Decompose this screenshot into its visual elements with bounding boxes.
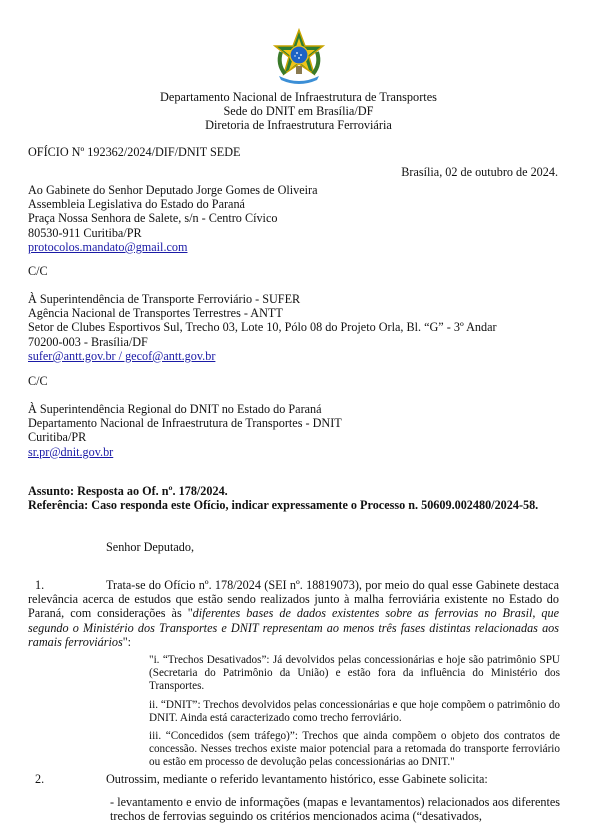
paragraph-2: Outrossim, mediante o referido levantame… (106, 772, 488, 786)
header-sede: Sede do DNIT em Brasília/DF (0, 104, 597, 118)
cc2-block: À Superintendência Regional do DNIT no E… (28, 402, 342, 459)
cc1-email-link[interactable]: sufer@antt.gov.br / gecof@antt.gov.br (28, 349, 215, 363)
brazil-coat-of-arms-icon (271, 28, 327, 86)
salutation: Senhor Deputado, (106, 540, 194, 554)
cc1-label: C/C (28, 264, 48, 278)
header-diretoria: Diretoria de Infraestrutura Ferroviária (0, 118, 597, 132)
cc2-line: À Superintendência Regional do DNIT no E… (28, 402, 342, 416)
cc1-line: 70200-003 - Brasília/DF (28, 335, 497, 349)
recipient-email-link[interactable]: protocolos.mandato@gmail.com (28, 240, 187, 254)
paragraph-1-text-end: ": (123, 635, 131, 649)
cc2-line: Curitiba/PR (28, 430, 342, 444)
recipient-line: Praça Nossa Senhora de Salete, s/n - Cen… (28, 211, 318, 225)
cc1-line: Agência Nacional de Transportes Terrestr… (28, 306, 497, 320)
cc1-line: Setor de Clubes Esportivos Sul, Trecho 0… (28, 320, 497, 334)
paragraph-1: Trata-se do Ofício nº. 178/2024 (SEI nº.… (28, 578, 559, 649)
recipient-line: Ao Gabinete do Senhor Deputado Jorge Gom… (28, 183, 318, 197)
citation-item-iii: iii. “Concedidos (sem tráfego)”: Trechos… (149, 730, 560, 770)
cc2-email-link[interactable]: sr.pr@dnit.gov.br (28, 445, 113, 459)
recipient-block: Ao Gabinete do Senhor Deputado Jorge Gom… (28, 183, 318, 254)
cc2-label: C/C (28, 374, 48, 388)
paragraph-2-number: 2. (35, 772, 44, 786)
document-date: Brasília, 02 de outubro de 2024. (401, 165, 558, 179)
cc2-line: Departamento Nacional de Infraestrutura … (28, 416, 342, 430)
cc1-line: À Superintendência de Transporte Ferrovi… (28, 292, 497, 306)
citation-block: "i. “Trechos Desativados”: Já devolvidos… (149, 654, 560, 770)
recipient-line: Assembleia Legislativa do Estado do Para… (28, 197, 318, 211)
citation-item-ii: ii. “DNIT”: Trechos devolvidos pelas con… (149, 699, 560, 725)
paragraph-2-item: - levantamento e envio de informações (m… (110, 795, 560, 823)
citation-item-i: "i. “Trechos Desativados”: Já devolvidos… (149, 654, 560, 694)
reference-line: Referência: Caso responda este Ofício, i… (28, 498, 538, 512)
recipient-line: 80530-911 Curitiba/PR (28, 226, 318, 240)
oficio-number: OFÍCIO Nº 192362/2024/DIF/DNIT SEDE (28, 145, 240, 159)
cc1-block: À Superintendência de Transporte Ferrovi… (28, 292, 497, 363)
subject-line: Assunto: Resposta ao Of. nº. 178/2024. (28, 484, 228, 498)
header-department: Departamento Nacional de Infraestrutura … (0, 90, 597, 104)
